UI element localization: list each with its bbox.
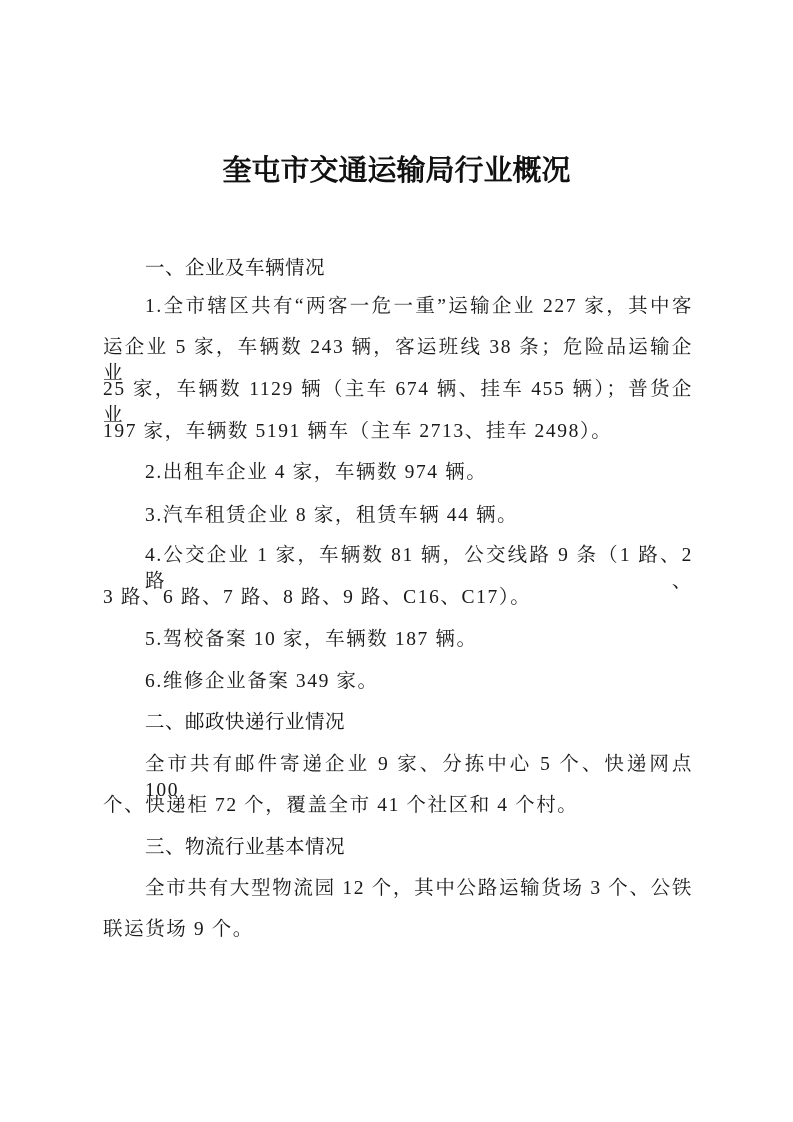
paragraph-line: 2.出租车企业 4 家，车辆数 974 辆。 bbox=[145, 460, 693, 486]
document-page: 奎屯市交通运输局行业概况 一、企业及车辆情况 1.全市辖区共有“两客一危一重”运… bbox=[0, 0, 793, 1122]
paragraph-line: 197 家，车辆数 5191 辆车（主车 2713、挂车 2498）。 bbox=[103, 419, 693, 445]
paragraph-line: 5.驾校备案 10 家，车辆数 187 辆。 bbox=[145, 627, 693, 653]
section-heading-logistics: 三、物流行业基本情况 bbox=[145, 834, 345, 860]
section-heading-enterprises-vehicles: 一、企业及车辆情况 bbox=[145, 255, 325, 281]
paragraph-line: 3.汽车租赁企业 8 家，租赁车辆 44 辆。 bbox=[145, 503, 693, 529]
document-title: 奎屯市交通运输局行业概况 bbox=[0, 150, 793, 190]
section-heading-postal-express: 二、邮政快递行业情况 bbox=[145, 709, 345, 735]
paragraph-line: 6.维修企业备案 349 家。 bbox=[145, 669, 693, 695]
paragraph-line: 1.全市辖区共有“两客一危一重”运输企业 227 家，其中客 bbox=[145, 294, 693, 320]
paragraph-line: 3 路、6 路、7 路、8 路、9 路、C16、C17）。 bbox=[103, 585, 693, 611]
paragraph-line: 全市共有大型物流园 12 个，其中公路运输货场 3 个、公铁 bbox=[145, 876, 693, 902]
paragraph-line: 个、快递柜 72 个，覆盖全市 41 个社区和 4 个村。 bbox=[103, 793, 693, 819]
paragraph-line: 联运货场 9 个。 bbox=[103, 917, 693, 943]
